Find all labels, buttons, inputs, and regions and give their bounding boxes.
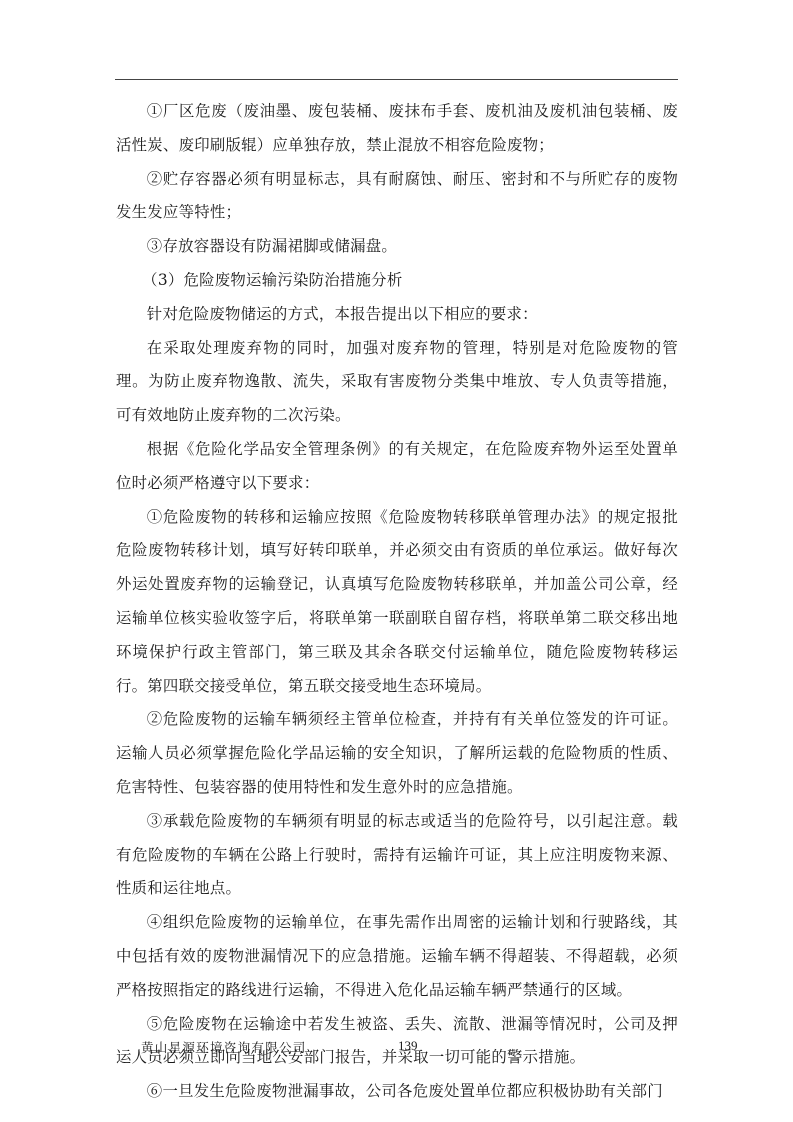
paragraph-route-planning: ④组织危险废物的运输单位，在事先需作出周密的运输计划和行驶路线，其中包括有效的废… [116,906,678,1007]
paragraph-regulation-basis: 根据《危险化学品安全管理条例》的有关规定，在危险废弃物外运至处置单位时必须严格遵… [116,433,678,501]
page-number: 139 [398,1038,418,1054]
paragraph-waste-management: 在采取处理废弃物的同时，加强对废弃物的管理，特别是对危险废物的管理。为防止废弃物… [116,332,678,433]
paragraph-vehicle-permit: ②危险废物的运输车辆须经主管单位检查，并持有有关单位签发的许可证。运输人员必须掌… [116,703,678,804]
section-heading-transport: （3）危险废物运输污染防治措施分析 [116,264,678,298]
paragraph-storage-segregation: ①厂区危废（废油墨、废包装桶、废抹布手套、废机油及废机油包装桶、废活性炭、废印刷… [116,95,678,163]
paragraph-requirements-intro: 针对危险废物储运的方式，本报告提出以下相应的要求： [116,298,678,332]
document-body: ①厂区危废（废油墨、废包装桶、废抹布手套、废机油及废机油包装桶、废活性炭、废印刷… [116,95,678,1109]
paragraph-spill-response: ⑥一旦发生危险废物泄漏事故，公司各危废处置单位都应积极协助有关部门 [116,1075,678,1109]
header-rule [115,79,678,80]
paragraph-transfer-manifest: ①危险废物的转移和运输应按照《危险废物转移联单管理办法》的规定报批危险废物转移计… [116,501,678,704]
paragraph-container-labeling: ②贮存容器必须有明显标志，具有耐腐蚀、耐压、密封和不与所贮存的废物发生发应等特性… [116,163,678,231]
page-footer: 黄山星源环境咨询有限公司 139 [0,1038,793,1058]
paragraph-vehicle-marking: ③承载危险废物的车辆须有明显的标志或适当的危险符号，以引起注意。载有危险废物的车… [116,805,678,906]
footer-company-name: 黄山星源环境咨询有限公司 [141,1038,307,1056]
paragraph-leak-tray: ③存放容器设有防漏裙脚或储漏盘。 [116,230,678,264]
